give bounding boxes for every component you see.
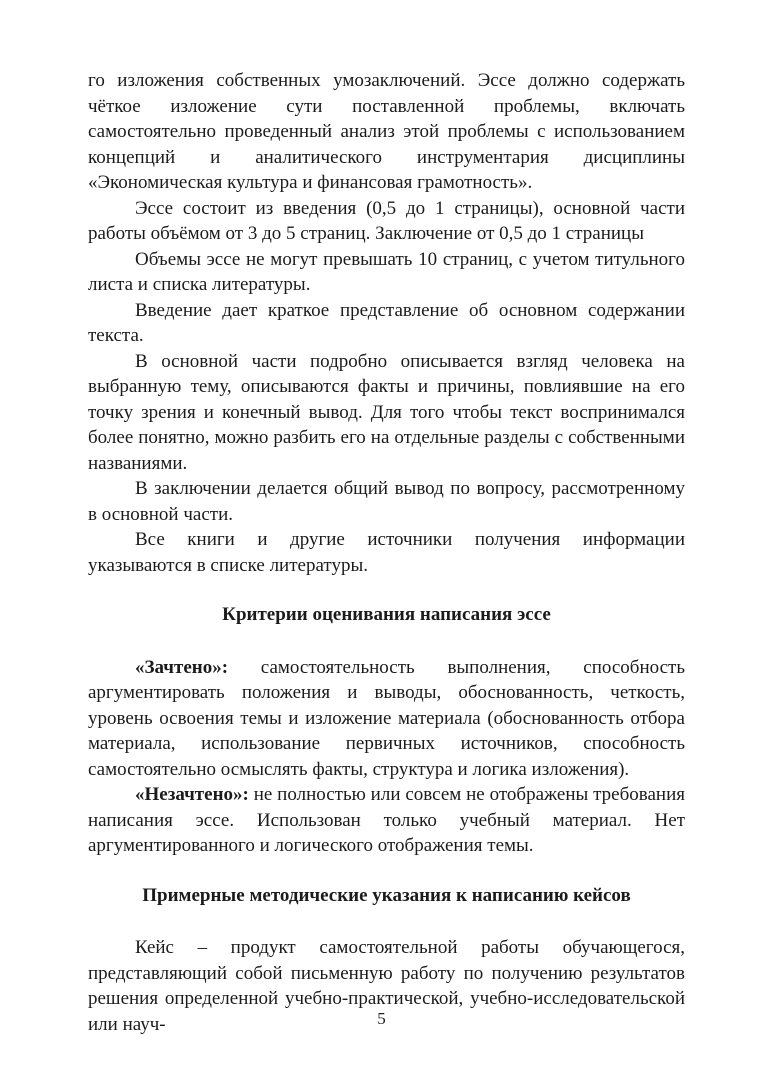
paragraph-grade-failed: «Незачтено»: не полностью или совсем не … bbox=[88, 782, 685, 859]
page-number: 5 bbox=[0, 1008, 763, 1030]
grade-label-failed: «Незачтено»: bbox=[135, 784, 249, 805]
paragraph-grade-passed: «Зачтено»: самостоятельность выполнения,… bbox=[88, 655, 685, 783]
grade-label-passed: «Зачтено»: bbox=[135, 657, 228, 678]
paragraph-sources: Все книги и другие источники получения и… bbox=[88, 527, 685, 578]
paragraph-essay-requirements: го изложения собственных умозаключений. … bbox=[88, 68, 685, 196]
paragraph-essay-volume: Объемы эссе не могут превышать 10 страни… bbox=[88, 247, 685, 298]
paragraph-conclusion: В заключении делается общий вывод по воп… bbox=[88, 476, 685, 527]
heading-case-guidelines: Примерные методические указания к написа… bbox=[88, 883, 685, 909]
paragraph-essay-structure: Эссе состоит из введения (0,5 до 1 стран… bbox=[88, 196, 685, 247]
document-page: го изложения собственных умозаключений. … bbox=[0, 0, 763, 1080]
heading-essay-criteria: Критерии оценивания написания эссе bbox=[88, 602, 685, 628]
text-block: го изложения собственных умозаключений. … bbox=[88, 68, 685, 1037]
paragraph-introduction-role: Введение дает краткое представление об о… bbox=[88, 298, 685, 349]
paragraph-main-part: В основной части подробно описывается вз… bbox=[88, 349, 685, 477]
